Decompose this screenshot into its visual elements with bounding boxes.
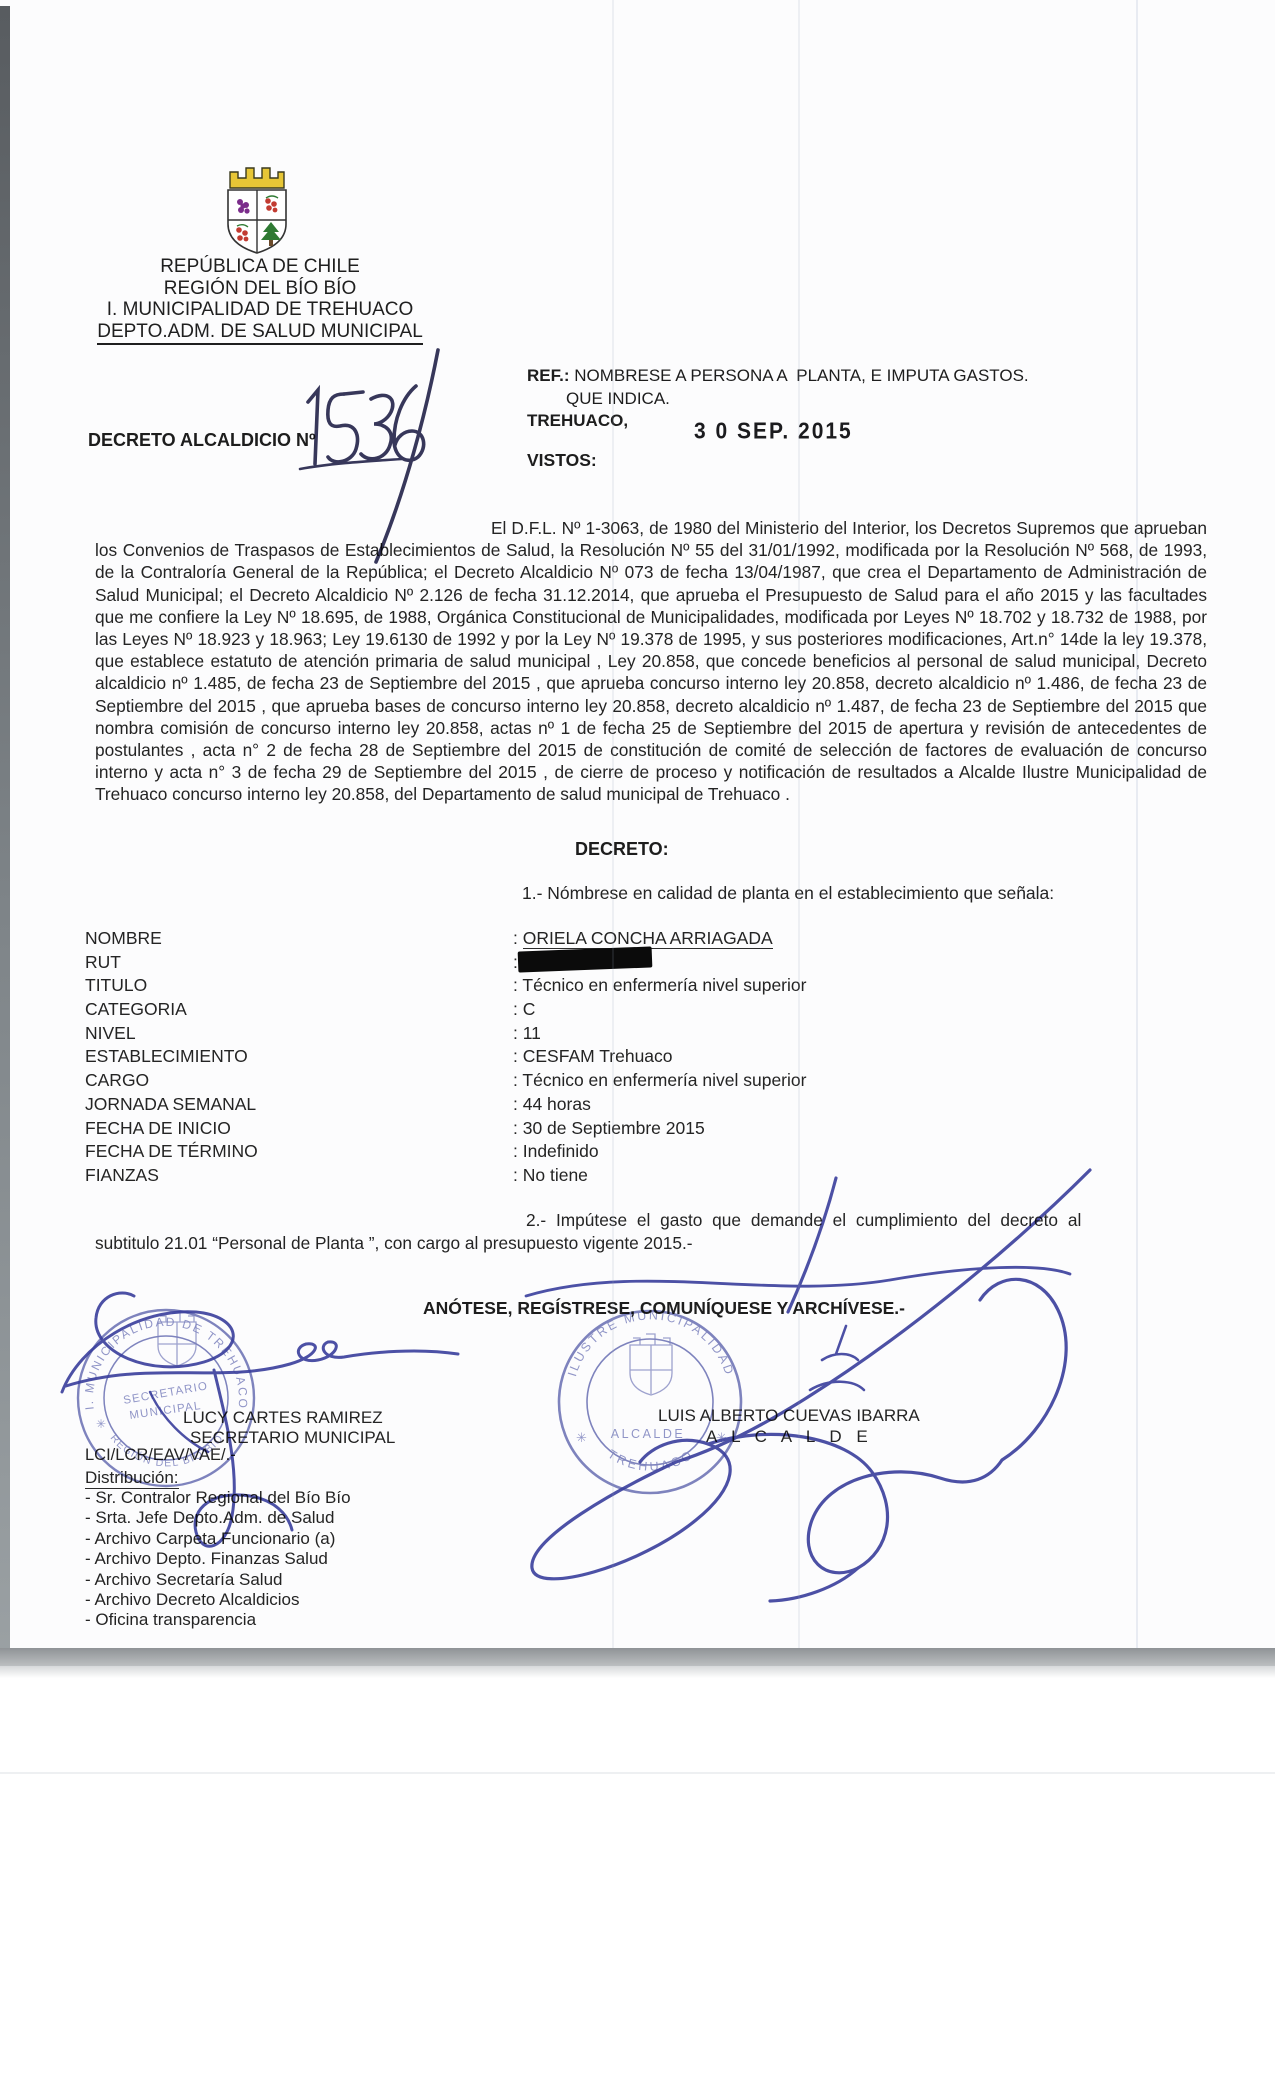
field-value: : Indefinido <box>513 1141 599 1161</box>
initials-line: LCI/LCR/EAV/VAE/.- <box>85 1446 236 1465</box>
appointment-fields-table: NOMBRE: ORIELA CONCHA ARRIAGADARUT: 15.1… <box>85 928 1185 1189</box>
letterhead-line: REPÚBLICA DE CHILE <box>95 256 425 278</box>
field-label: JORNADA SEMANAL <box>85 1094 513 1115</box>
distribution-item: - Archivo Carpeta Funcionario (a) <box>85 1529 351 1549</box>
field-label: ESTABLECIMIENTO <box>85 1046 513 1067</box>
distribution-item: - Archivo Secretaría Salud <box>85 1570 351 1590</box>
paper-sheet <box>0 0 1275 1650</box>
appointment-field-row: TITULO: Técnico en enfermería nivel supe… <box>85 975 1185 999</box>
decree-item-2-line2: subtitulo 21.01 “Personal de Planta ”, c… <box>95 1233 1207 1254</box>
field-label: RUT <box>85 952 513 973</box>
field-value: : Técnico en enfermería nivel superior <box>513 1070 806 1090</box>
municipal-crest-logo <box>216 160 296 260</box>
field-value-text: 44 horas <box>523 1094 591 1114</box>
field-value: : 30 de Septiembre 2015 <box>513 1118 705 1138</box>
distribution-item: - Archivo Decreto Alcaldicios <box>85 1590 351 1610</box>
decree-item-2-line1: 2.- Impútese el gasto que demande el cum… <box>95 1210 1207 1231</box>
appointment-field-row: CARGO: Técnico en enfermería nivel super… <box>85 1070 1185 1094</box>
field-value: : 44 horas <box>513 1094 591 1114</box>
vistos-paragraph: El D.F.L. Nº 1-3063, de 1980 del Ministe… <box>95 517 1207 806</box>
appointment-field-row: CATEGORIA: C <box>85 999 1185 1023</box>
distribution-list: - Sr. Contralor Regional del Bío Bío- Sr… <box>85 1488 351 1631</box>
appointment-field-row: JORNADA SEMANAL: 44 horas <box>85 1094 1185 1118</box>
distribution-item: - Sr. Contralor Regional del Bío Bío <box>85 1488 351 1508</box>
decreto-heading: DECRETO: <box>575 839 669 860</box>
field-label: CARGO <box>85 1070 513 1091</box>
field-label: NOMBRE <box>85 928 513 949</box>
field-value: : 11 <box>513 1023 541 1043</box>
vistos-label: VISTOS: <box>527 450 597 471</box>
field-value: : C <box>513 999 535 1019</box>
appointment-field-row: NIVEL: 11 <box>85 1023 1185 1047</box>
scan-shadow-fade <box>0 1666 1275 1678</box>
appointment-field-row: RUT: 15.171.587-7 <box>85 952 1185 976</box>
field-value: : CESFAM Trehuaco <box>513 1046 673 1066</box>
field-label: FECHA DE INICIO <box>85 1118 513 1139</box>
letterhead-line-underlined: DEPTO.ADM. DE SALUD MUNICIPAL <box>97 321 423 346</box>
mayor-name: LUIS ALBERTO CUEVAS IBARRA <box>658 1406 920 1426</box>
ref-line: REF.: NOMBRESE A PERSONA A PLANTA, E IMP… <box>527 366 1029 386</box>
field-value-text: 11 <box>523 1023 541 1043</box>
field-value-text: No tiene <box>523 1165 588 1185</box>
field-value: : No tiene <box>513 1165 588 1185</box>
scan-shadow-bottom <box>0 1648 1275 1666</box>
appointment-field-row: FIANZAS: No tiene <box>85 1165 1185 1189</box>
letterhead-line: REGIÓN DEL BÍO BÍO <box>95 278 425 300</box>
field-value-text: Indefinido <box>523 1141 599 1161</box>
date-stamp: 3 0 SEP. 2015 <box>694 419 853 445</box>
closing-formula: ANÓTESE, REGÍSTRESE, COMUNÍQUESE Y ARCHÍ… <box>423 1298 905 1319</box>
secretary-name: LUCY CARTES RAMIREZ <box>183 1408 383 1428</box>
scan-faint-line <box>0 1772 1275 1774</box>
decree-item-1: 1.- Nómbrese en calidad de planta en el … <box>522 883 1054 904</box>
paper-crease <box>1136 0 1138 1648</box>
mayor-title: A L C A L D E <box>706 1427 873 1447</box>
appointment-field-row: ESTABLECIMIENTO: CESFAM Trehuaco <box>85 1046 1185 1070</box>
distribution-item: - Oficina transparencia <box>85 1610 351 1630</box>
field-label: FECHA DE TÉRMINO <box>85 1141 513 1162</box>
ref-label: REF.: <box>527 366 570 385</box>
letterhead-line: I. MUNICIPALIDAD DE TREHUACO <box>95 299 425 321</box>
appointment-field-row: FECHA DE INICIO: 30 de Septiembre 2015 <box>85 1118 1185 1142</box>
distribution-item: - Srta. Jefe Depto.Adm. de Salud <box>85 1508 351 1528</box>
scan-edge-left <box>0 6 10 1650</box>
paper-crease <box>612 0 614 1648</box>
decree-number-label: DECRETO ALCALDICIO Nº <box>88 430 316 451</box>
field-value-text: Técnico en enfermería nivel superior <box>522 1070 806 1090</box>
letterhead: REPÚBLICA DE CHILE REGIÓN DEL BÍO BÍO I.… <box>95 256 425 345</box>
paper-crease <box>798 0 800 1648</box>
field-label: NIVEL <box>85 1023 513 1044</box>
scanned-decree-page: REPÚBLICA DE CHILE REGIÓN DEL BÍO BÍO I.… <box>0 0 1275 2100</box>
field-value-text: Técnico en enfermería nivel superior <box>522 975 806 995</box>
secretary-title: SECRETARIO MUNICIPAL <box>190 1428 395 1448</box>
distribution-heading: Distribución: <box>85 1468 179 1489</box>
field-value: : 15.171.587-7 <box>513 952 626 972</box>
field-value: : Técnico en enfermería nivel superior <box>513 975 806 995</box>
ref-line2: QUE INDICA. <box>566 389 670 409</box>
appointment-field-row: FECHA DE TÉRMINO: Indefinido <box>85 1141 1185 1165</box>
field-label: TITULO <box>85 975 513 996</box>
redaction-bar <box>517 946 652 972</box>
field-value-text: C <box>523 999 536 1019</box>
field-label: CATEGORIA <box>85 999 513 1020</box>
field-label: FIANZAS <box>85 1165 513 1186</box>
field-value-text: CESFAM Trehuaco <box>523 1046 673 1066</box>
distribution-item: - Archivo Depto. Finanzas Salud <box>85 1549 351 1569</box>
